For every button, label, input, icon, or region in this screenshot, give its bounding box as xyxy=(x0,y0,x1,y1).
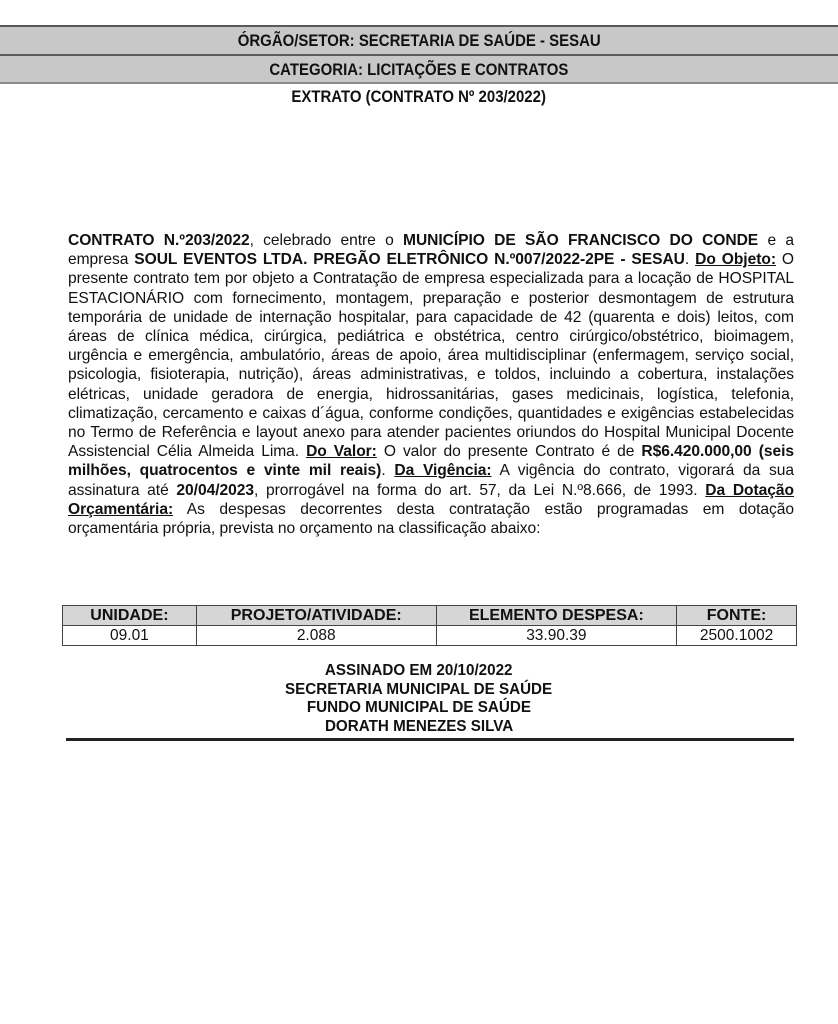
objeto-label: Do Objeto: xyxy=(695,251,776,268)
orgao-header-band: ÓRGÃO/SETOR: SECRETARIA DE SAÚDE - SESAU xyxy=(0,25,838,55)
cell-unidade: 09.01 xyxy=(63,626,197,646)
extrato-heading: EXTRATO (CONTRATO Nº 203/2022) xyxy=(0,84,838,110)
vigencia-date: 20/04/2023 xyxy=(176,482,254,499)
contract-number: CONTRATO N.º203/2022 xyxy=(68,232,250,249)
body-text-segment: . xyxy=(685,251,695,268)
valor-text: O valor do presente Contrato é de xyxy=(377,443,642,460)
header-unidade: UNIDADE: xyxy=(63,606,197,626)
signing-secretariat: SECRETARIA MUNICIPAL DE SAÚDE xyxy=(285,681,552,700)
signature-block: ASSINADO EM 20/10/2022 SECRETARIA MUNICI… xyxy=(0,662,838,736)
extrato-title: EXTRATO (CONTRATO Nº 203/2022) xyxy=(292,84,547,110)
objeto-text: O presente contrato tem por objeto a Con… xyxy=(68,251,794,460)
table-row: 09.01 2.088 33.90.39 2500.1002 xyxy=(63,626,797,646)
vigencia-label: Da Vigência: xyxy=(394,462,491,479)
signed-date: ASSINADO EM 20/10/2022 xyxy=(325,662,513,681)
table-header-row: UNIDADE: PROJETO/ATIVIDADE: ELEMENTO DES… xyxy=(63,606,797,626)
municipality-name: MUNICÍPIO DE SÃO FRANCISCO DO CONDE xyxy=(403,232,758,249)
vigencia-text-2: , prorrogável na forma do art. 57, da Le… xyxy=(254,482,705,499)
orgao-title: ÓRGÃO/SETOR: SECRETARIA DE SAÚDE - SESAU xyxy=(238,27,601,55)
header-fonte: FONTE: xyxy=(677,606,797,626)
categoria-header-band: CATEGORIA: LICITAÇÕES E CONTRATOS xyxy=(0,54,838,84)
signing-fund: FUNDO MUNICIPAL DE SAÚDE xyxy=(307,699,531,718)
body-text-segment: . xyxy=(381,462,394,479)
company-name: SOUL EVENTOS LTDA. PREGÃO ELETRÔNICO N.º… xyxy=(134,251,685,268)
dotacao-text: As despesas decorrentes desta contrataçã… xyxy=(68,501,794,537)
budget-classification-table: UNIDADE: PROJETO/ATIVIDADE: ELEMENTO DES… xyxy=(62,605,797,646)
header-elemento-despesa: ELEMENTO DESPESA: xyxy=(436,606,677,626)
cell-elemento-despesa: 33.90.39 xyxy=(436,626,677,646)
contract-body: CONTRATO N.º203/2022, celebrado entre o … xyxy=(68,231,794,538)
body-text-segment: , celebrado entre o xyxy=(250,232,403,249)
signature-divider xyxy=(66,738,794,741)
cell-projeto-atividade: 2.088 xyxy=(196,626,436,646)
valor-label: Do Valor: xyxy=(306,443,377,460)
header-projeto-atividade: PROJETO/ATIVIDADE: xyxy=(196,606,436,626)
cell-fonte: 2500.1002 xyxy=(677,626,797,646)
signer-name: DORATH MENEZES SILVA xyxy=(325,718,513,737)
categoria-title: CATEGORIA: LICITAÇÕES E CONTRATOS xyxy=(270,56,569,83)
